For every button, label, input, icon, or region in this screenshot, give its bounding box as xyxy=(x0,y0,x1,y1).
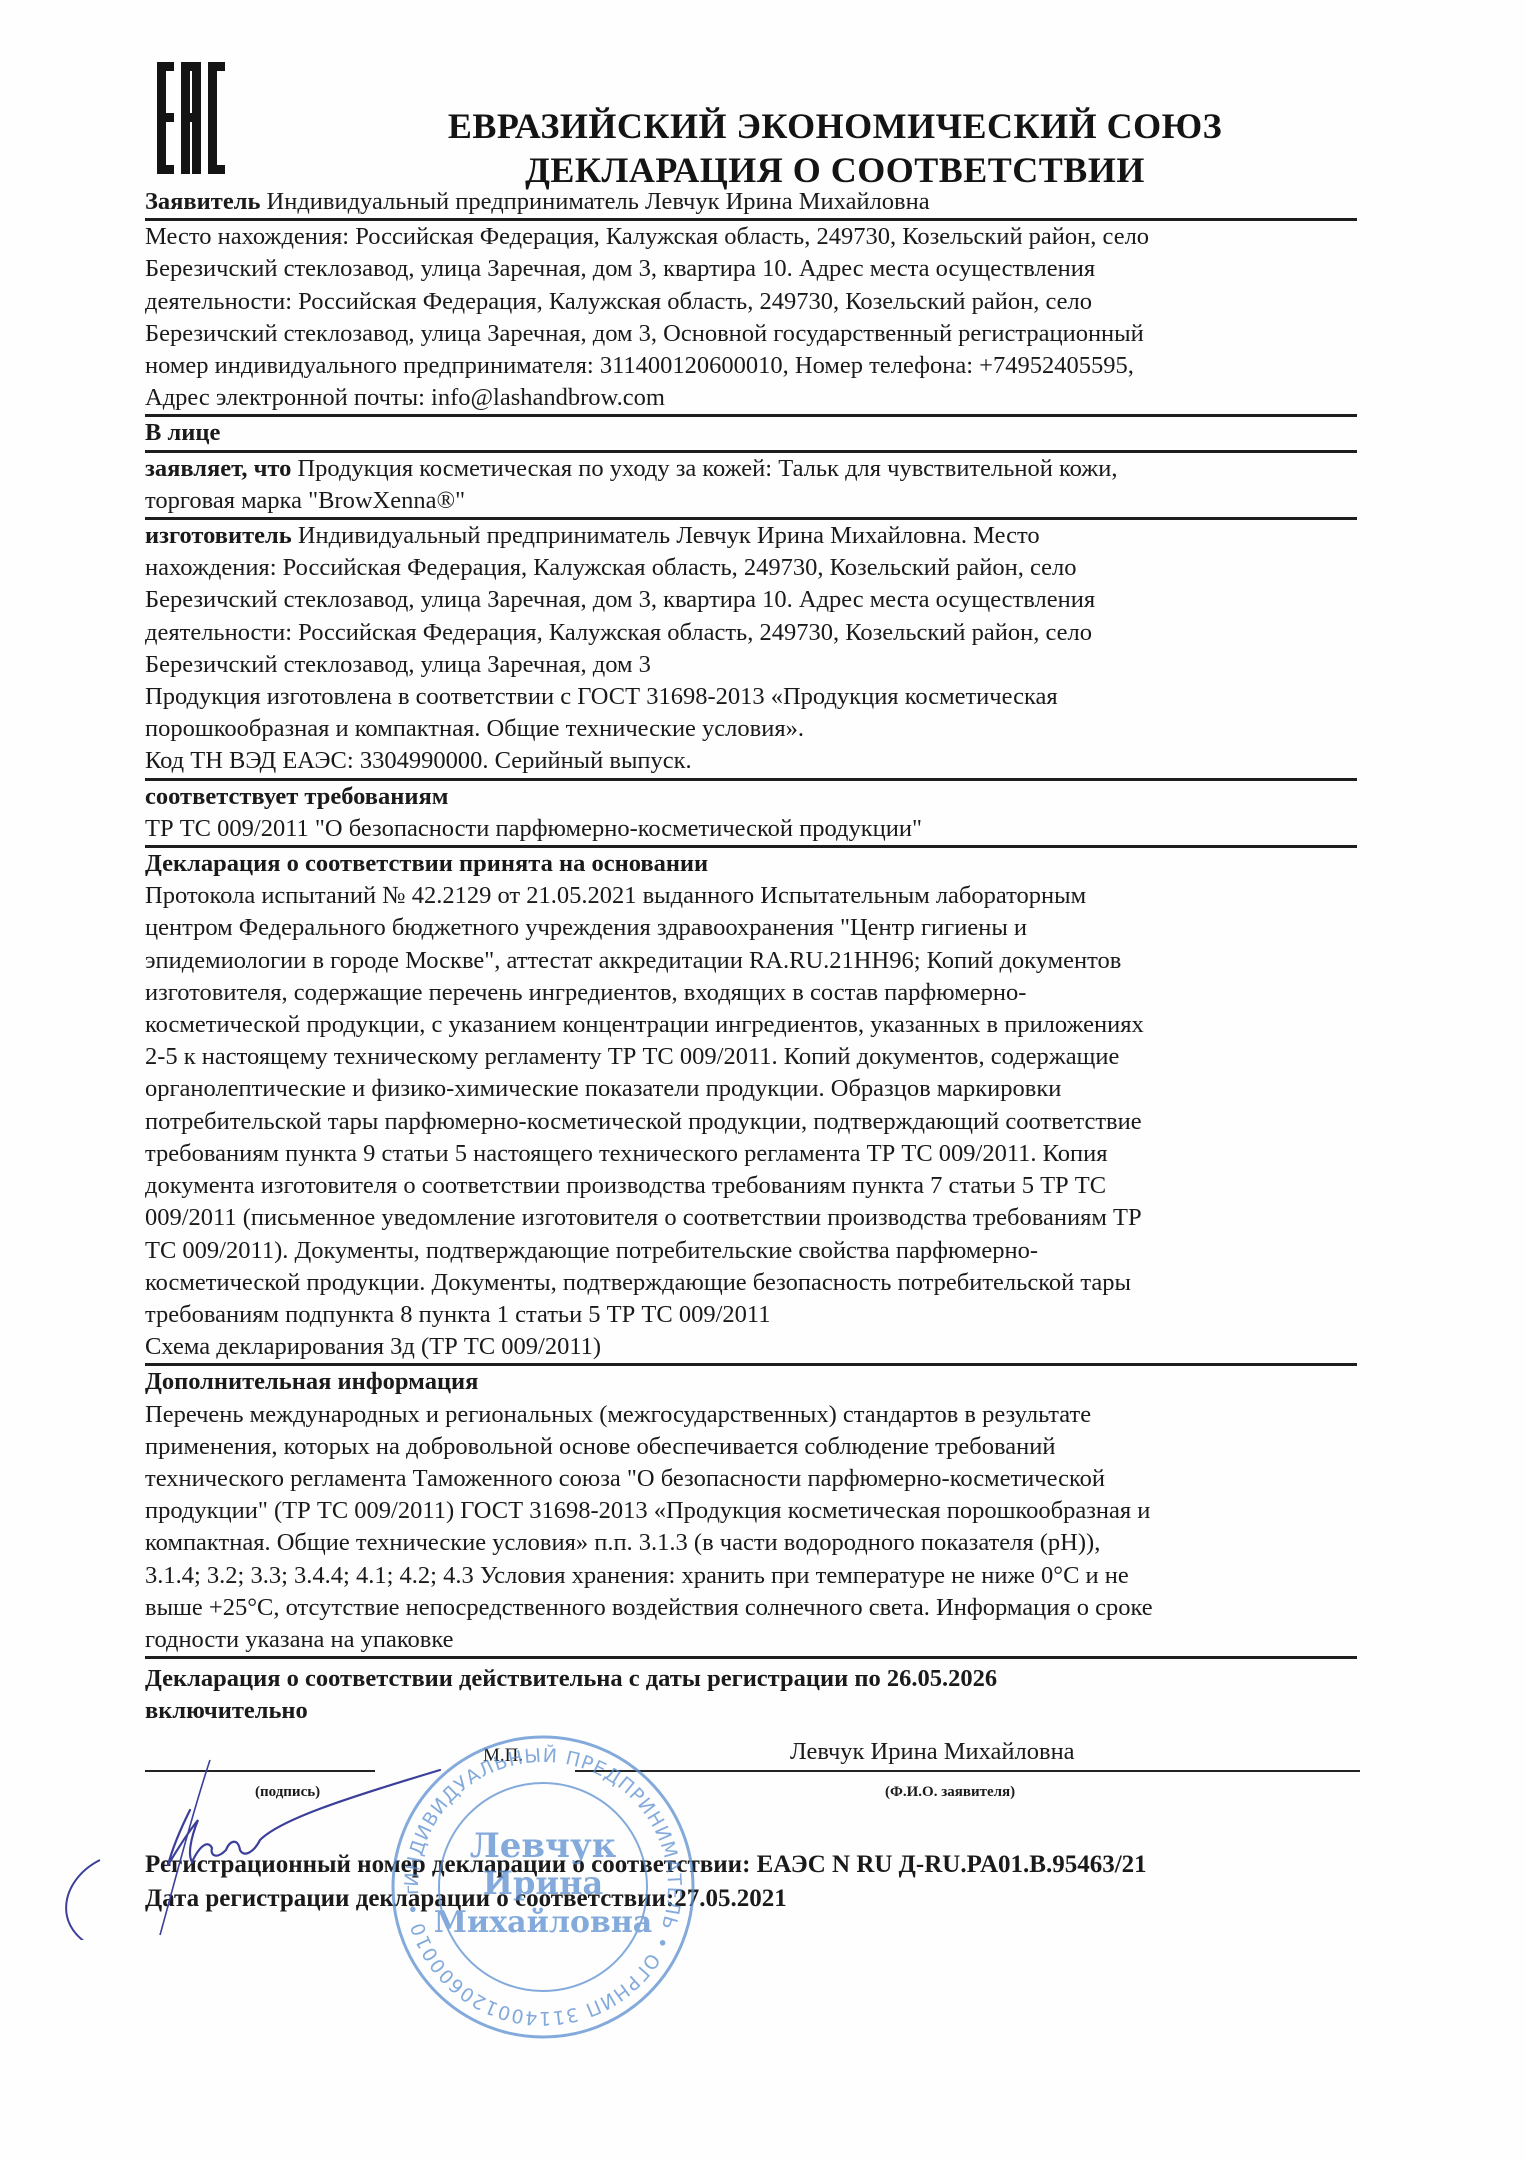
tn-ved-code: Код ТН ВЭД ЕАЭС: 3304990000. Серийный вы… xyxy=(145,745,1357,777)
technical-regulation: ТР ТС 009/2011 "О безопасности парфюмерн… xyxy=(145,813,1357,845)
basis-line: потребительской тары парфюмерно-косметич… xyxy=(145,1106,1357,1138)
declares-label: заявляет, что xyxy=(145,455,291,482)
additional-line: продукции" (ТР ТС 009/2011) ГОСТ 31698-2… xyxy=(145,1495,1357,1527)
basis-row: Декларация о соответствии принята на осн… xyxy=(145,848,1357,1366)
signature-line xyxy=(145,1770,375,1772)
applicant-row: Заявитель Индивидуальный предприниматель… xyxy=(145,186,1357,221)
basis-line: требованиям подпункта 8 пункта 1 статьи … xyxy=(145,1299,1357,1331)
registration-date: Дата регистрации декларации о соответств… xyxy=(145,1882,1147,1916)
requirements-label: соответствует требованиям xyxy=(145,781,1357,813)
address-line: Березичский стеклозавод, улица Заречная,… xyxy=(145,318,1357,350)
registration-block: Регистрационный номер декларации о соотв… xyxy=(145,1848,1147,1916)
manufacturer-line: нахождения: Российская Федерация, Калужс… xyxy=(145,552,1357,584)
representative-label: В лице xyxy=(145,417,1357,449)
applicant-address: Место нахождения: Российская Федерация, … xyxy=(145,221,1357,417)
basis-line: требованиям пункта 9 статьи 5 настоящего… xyxy=(145,1138,1357,1170)
validity-inclusive: включительно xyxy=(145,1695,1357,1727)
name-line xyxy=(575,1770,1360,1772)
registration-number: Регистрационный номер декларации о соотв… xyxy=(145,1848,1147,1882)
declaration-page: ЕВРАЗИЙСКИЙ ЭКОНОМИЧЕСКИЙ СОЮЗ ДЕКЛАРАЦИ… xyxy=(0,0,1526,2160)
basis-line: Протокола испытаний № 42.2129 от 21.05.2… xyxy=(145,880,1357,912)
additional-line: выше +25°С, отсутствие непосредственного… xyxy=(145,1592,1357,1624)
additional-line: компактная. Общие технические условия» п… xyxy=(145,1527,1357,1559)
basis-line: 2-5 к настоящему техническому регламенту… xyxy=(145,1041,1357,1073)
additional-info-row: Дополнительная информация Перечень между… xyxy=(145,1366,1357,1659)
signature-caption: (подпись) xyxy=(255,1776,320,1808)
basis-line: эпидемиологии в городе Москве", аттестат… xyxy=(145,945,1357,977)
manufacturer-row: изготовитель Индивидуальный предпринимат… xyxy=(145,520,1357,781)
additional-line: технического регламента Таможенного союз… xyxy=(145,1463,1357,1495)
additional-line: применения, которых на добровольной осно… xyxy=(145,1431,1357,1463)
address-line: Место нахождения: Российская Федерация, … xyxy=(145,221,1357,253)
declaration-scheme: Схема декларирования 3д (ТР ТС 009/2011) xyxy=(145,1331,1357,1363)
basis-line: косметической продукции. Документы, подт… xyxy=(145,1267,1357,1299)
manufacturer-name: Индивидуальный предприниматель Левчук Ир… xyxy=(298,522,1040,549)
manufacturer-line: Березичский стеклозавод, улица Заречная,… xyxy=(145,584,1357,616)
declaration-body: Заявитель Индивидуальный предприниматель… xyxy=(145,186,1357,1798)
gost-line: порошкообразная и компактная. Общие техн… xyxy=(145,713,1357,745)
validity-row: Декларация о соответствии действительна … xyxy=(145,1663,1357,1727)
address-line: деятельности: Российская Федерация, Калу… xyxy=(145,286,1357,318)
basis-line: 009/2011 (письменное уведомление изготов… xyxy=(145,1202,1357,1234)
basis-label: Декларация о соответствии принята на осн… xyxy=(145,848,1357,880)
signature-block: М.П. Левчук Ирина Михайловна (подпись) (… xyxy=(145,1734,1357,1798)
applicant-signatory-name: Левчук Ирина Михайловна xyxy=(790,1736,1075,1768)
address-line: Адрес электронной почты: info@lashandbro… xyxy=(145,382,1357,414)
additional-line: Перечень международных и региональных (м… xyxy=(145,1399,1357,1431)
declares-row: заявляет, что Продукция косметическая по… xyxy=(145,453,1357,520)
applicant-label: Заявитель xyxy=(145,188,260,215)
additional-line: годности указана на упаковке xyxy=(145,1624,1357,1656)
basis-line: центром Федерального бюджетного учрежден… xyxy=(145,912,1357,944)
trademark: торговая марка "BrowXenna®" xyxy=(145,485,1357,517)
seal-place-label: М.П. xyxy=(483,1740,523,1772)
applicant-name: Индивидуальный предприниматель Левчук Ир… xyxy=(267,188,930,215)
basis-line: документа изготовителя о соответствии пр… xyxy=(145,1170,1357,1202)
additional-line: 3.1.4; 3.2; 3.3; 3.4.4; 4.1; 4.2; 4.3 Ус… xyxy=(145,1560,1357,1592)
validity-text: Декларация о соответствии действительна … xyxy=(145,1663,1357,1695)
basis-line: косметической продукции, с указанием кон… xyxy=(145,1009,1357,1041)
address-line: номер индивидуального предпринимателя: 3… xyxy=(145,350,1357,382)
union-title: ЕВРАЗИЙСКИЙ ЭКОНОМИЧЕСКИЙ СОЮЗ xyxy=(260,104,1410,148)
gost-line: Продукция изготовлена в соответствии с Г… xyxy=(145,681,1357,713)
basis-line: изготовителя, содержащие перечень ингред… xyxy=(145,977,1357,1009)
representative-row: В лице xyxy=(145,417,1357,452)
eac-logo-icon xyxy=(157,62,225,174)
address-line: Березичский стеклозавод, улица Заречная,… xyxy=(145,253,1357,285)
basis-line: органолептические и физико-химические по… xyxy=(145,1073,1357,1105)
additional-info-label: Дополнительная информация xyxy=(145,1366,1357,1398)
requirements-row: соответствует требованиям ТР ТС 009/2011… xyxy=(145,781,1357,848)
manufacturer-label: изготовитель xyxy=(145,522,292,549)
product-description: Продукция косметическая по уходу за коже… xyxy=(297,455,1117,482)
name-caption: (Ф.И.О. заявителя) xyxy=(885,1776,1015,1808)
basis-line: ТС 009/2011). Документы, подтверждающие … xyxy=(145,1235,1357,1267)
manufacturer-line: деятельности: Российская Федерация, Калу… xyxy=(145,617,1357,649)
manufacturer-line: Березичский стеклозавод, улица Заречная,… xyxy=(145,649,1357,681)
